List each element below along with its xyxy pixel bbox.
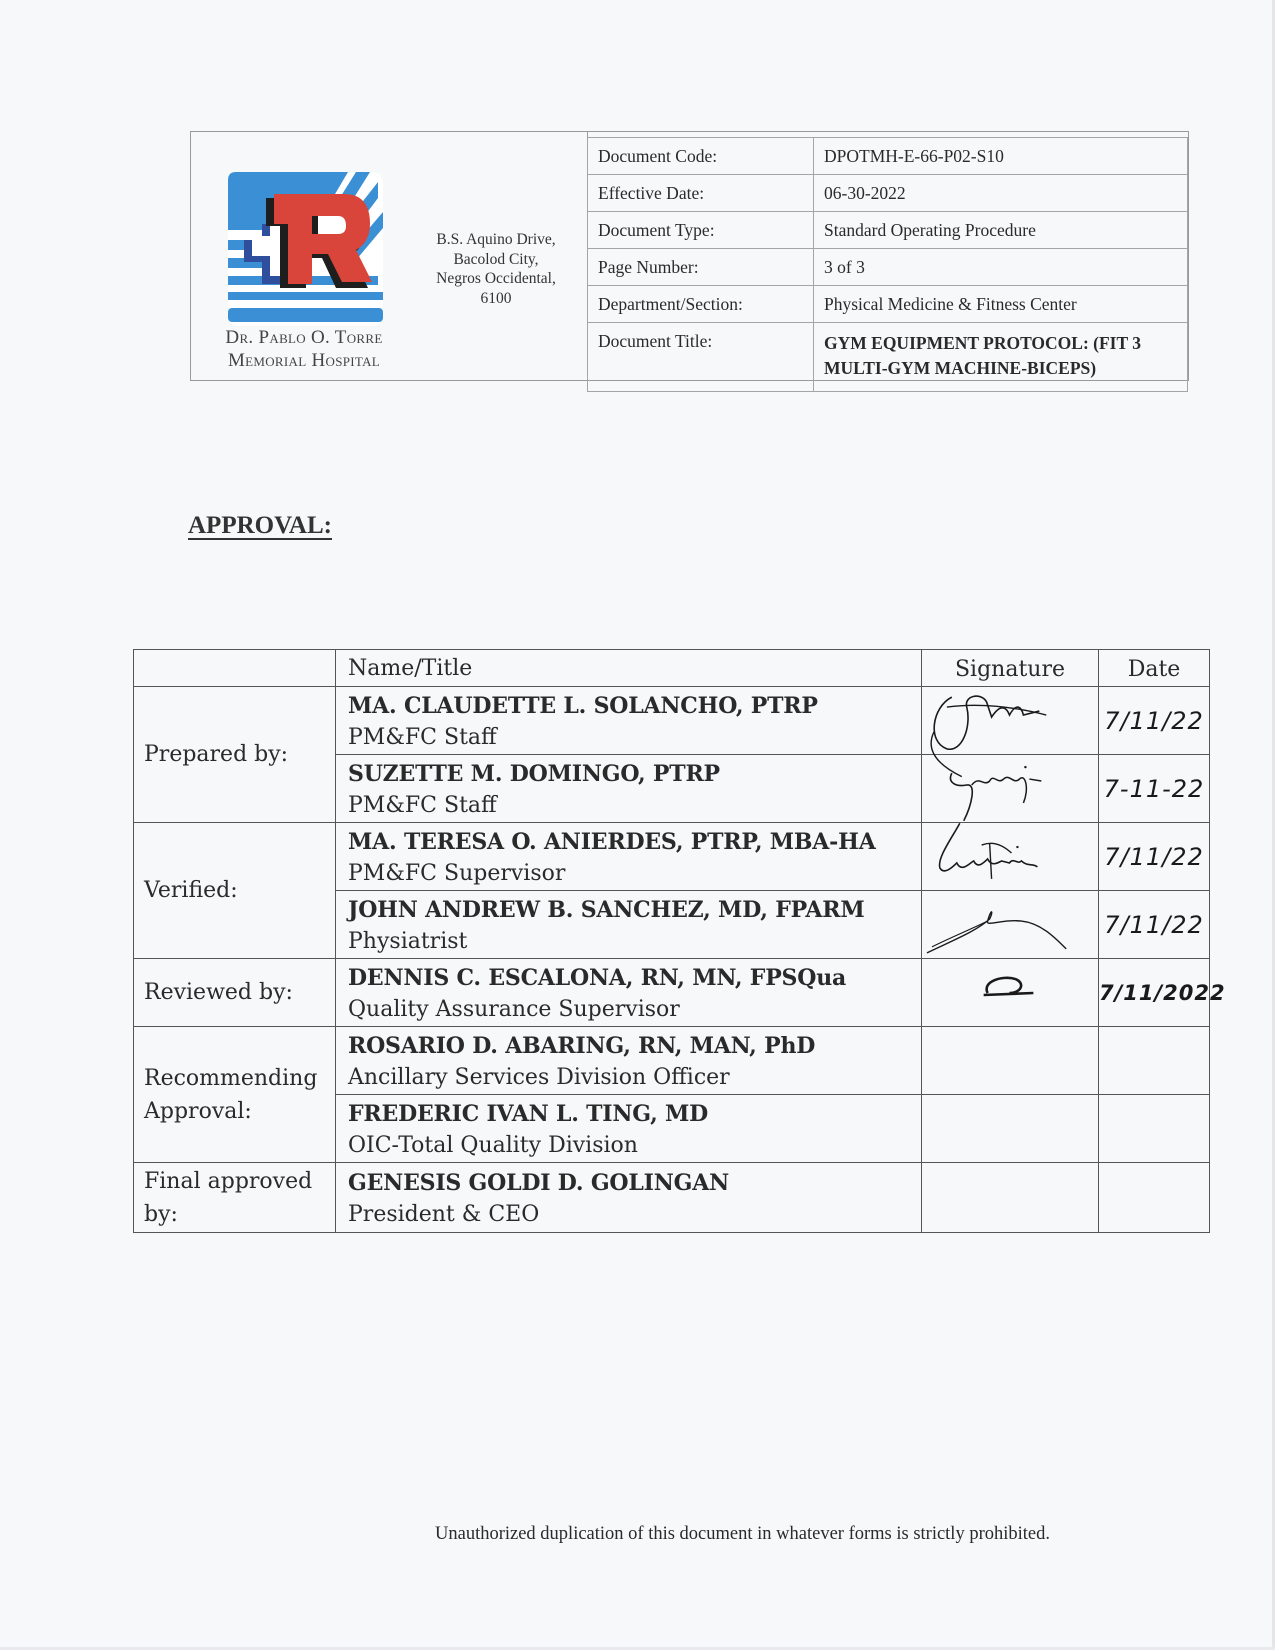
- document-info-table: Document Code: DPOTMH-E-66-P02-S10 Effec…: [587, 137, 1188, 392]
- name-title-cell: MA. CLAUDETTE L. SOLANCHO, PTRP PM&FC St…: [336, 687, 922, 755]
- name-title-cell: MA. TERESA O. ANIERDES, PTRP, MBA-HA PM&…: [336, 823, 922, 891]
- role-recommending-approval: Recommending Approval:: [134, 1027, 336, 1163]
- info-value: DPOTMH-E-66-P02-S10: [814, 138, 1188, 175]
- column-header-role: [134, 650, 336, 687]
- handwritten-date: 7/11/2022: [1099, 981, 1226, 1005]
- person-name: GENESIS GOLDI D. GOLINGAN: [348, 1166, 921, 1200]
- approval-row: Final approved by: GENESIS GOLDI D. GOLI…: [134, 1163, 1210, 1233]
- signature-cell: [922, 755, 1099, 823]
- handwritten-signature-icon: [922, 823, 1098, 890]
- date-cell: [1099, 1163, 1210, 1233]
- document-header: Dr. Pablo O. Torre Memorial Hospital B.S…: [190, 131, 1189, 381]
- date-cell: [1099, 1027, 1210, 1095]
- info-value: 3 of 3: [814, 249, 1188, 286]
- handwritten-date: 7/11/22: [1104, 707, 1204, 735]
- name-title-cell: ROSARIO D. ABARING, RN, MAN, PhD Ancilla…: [336, 1027, 922, 1095]
- signature-cell: [922, 1095, 1099, 1163]
- info-row-document-title: Document Title: GYM EQUIPMENT PROTOCOL: …: [588, 323, 1188, 392]
- role-verified: Verified:: [134, 823, 336, 959]
- handwritten-date: 7-11-22: [1104, 775, 1205, 803]
- person-name: JOHN ANDREW B. SANCHEZ, MD, FPARM: [348, 893, 921, 927]
- column-header-date: Date: [1099, 650, 1210, 687]
- address-line: Bacolod City,: [411, 250, 581, 270]
- person-title: President & CEO: [348, 1200, 921, 1230]
- person-name: SUZETTE M. DOMINGO, PTRP: [348, 757, 921, 791]
- person-name: ROSARIO D. ABARING, RN, MAN, PhD: [348, 1029, 921, 1063]
- approval-table: Name/Title Signature Date Prepared by: M…: [133, 649, 1210, 1233]
- hospital-logo-icon: [228, 172, 383, 326]
- person-name: FREDERIC IVAN L. TING, MD: [348, 1097, 921, 1131]
- signature-cell: [922, 823, 1099, 891]
- person-name: MA. TERESA O. ANIERDES, PTRP, MBA-HA: [348, 825, 921, 859]
- role-reviewed-by: Reviewed by:: [134, 959, 336, 1027]
- hospital-name-line2: Memorial Hospital: [199, 349, 409, 372]
- approval-row: Reviewed by: DENNIS C. ESCALONA, RN, MN,…: [134, 959, 1210, 1027]
- info-label: Department/Section:: [588, 286, 814, 323]
- name-title-cell: DENNIS C. ESCALONA, RN, MN, FPSQua Quali…: [336, 959, 922, 1027]
- address-line: Negros Occidental,: [411, 269, 581, 289]
- column-header-signature: Signature: [922, 650, 1099, 687]
- approval-heading: APPROVAL:: [188, 512, 332, 540]
- signature-cell: [922, 1027, 1099, 1095]
- info-label: Document Code:: [588, 138, 814, 175]
- person-title: Ancillary Services Division Officer: [348, 1063, 921, 1093]
- duplication-notice: Unauthorized duplication of this documen…: [435, 1524, 1050, 1545]
- person-title: Physiatrist: [348, 927, 921, 957]
- address-line: B.S. Aquino Drive,: [411, 230, 581, 250]
- signature-cell: [922, 959, 1099, 1027]
- date-cell: [1099, 1095, 1210, 1163]
- info-row-effective-date: Effective Date: 06-30-2022: [588, 175, 1188, 212]
- name-title-cell: SUZETTE M. DOMINGO, PTRP PM&FC Staff: [336, 755, 922, 823]
- date-cell: 7/11/22: [1099, 687, 1210, 755]
- signature-cell: [922, 1163, 1099, 1233]
- approval-row: Recommending Approval: ROSARIO D. ABARIN…: [134, 1027, 1210, 1095]
- person-title: PM&FC Supervisor: [348, 859, 921, 889]
- person-name: DENNIS C. ESCALONA, RN, MN, FPSQua: [348, 961, 921, 995]
- info-row-department: Department/Section: Physical Medicine & …: [588, 286, 1188, 323]
- role-final-approved-by: Final approved by:: [134, 1163, 336, 1233]
- info-label: Document Type:: [588, 212, 814, 249]
- person-title: OIC-Total Quality Division: [348, 1131, 921, 1161]
- handwritten-signature-icon: [922, 687, 1098, 754]
- info-row-document-type: Document Type: Standard Operating Proced…: [588, 212, 1188, 249]
- hospital-identity: Dr. Pablo O. Torre Memorial Hospital B.S…: [191, 132, 588, 380]
- info-label: Document Title:: [588, 323, 814, 392]
- name-title-cell: JOHN ANDREW B. SANCHEZ, MD, FPARM Physia…: [336, 891, 922, 959]
- info-row-document-code: Document Code: DPOTMH-E-66-P02-S10: [588, 138, 1188, 175]
- info-value: 06-30-2022: [814, 175, 1188, 212]
- hospital-name: Dr. Pablo O. Torre Memorial Hospital: [199, 326, 409, 372]
- person-title: PM&FC Staff: [348, 723, 921, 753]
- address-line: 6100: [411, 289, 581, 309]
- info-label: Effective Date:: [588, 175, 814, 212]
- role-prepared-by: Prepared by:: [134, 687, 336, 823]
- signature-cell: [922, 891, 1099, 959]
- date-cell: 7/11/22: [1099, 891, 1210, 959]
- name-title-cell: GENESIS GOLDI D. GOLINGAN President & CE…: [336, 1163, 922, 1233]
- hospital-name-line1: Dr. Pablo O. Torre: [199, 326, 409, 349]
- person-title: PM&FC Staff: [348, 791, 921, 821]
- signature-cell: [922, 687, 1099, 755]
- approval-row: Prepared by: MA. CLAUDETTE L. SOLANCHO, …: [134, 687, 1210, 755]
- handwritten-date: 7/11/22: [1104, 911, 1204, 939]
- person-title: Quality Assurance Supervisor: [348, 995, 921, 1025]
- date-cell: 7/11/22: [1099, 823, 1210, 891]
- approval-header-row: Name/Title Signature Date: [134, 650, 1210, 687]
- person-name: MA. CLAUDETTE L. SOLANCHO, PTRP: [348, 689, 921, 723]
- handwritten-signature-icon: [922, 891, 1098, 958]
- handwritten-signature-icon: [922, 755, 1098, 822]
- handwritten-date: 7/11/22: [1104, 843, 1204, 871]
- document-title: GYM EQUIPMENT PROTOCOL: (FIT 3 MULTI-GYM…: [814, 323, 1188, 392]
- column-header-name-title: Name/Title: [336, 650, 922, 687]
- approval-row: Verified: MA. TERESA O. ANIERDES, PTRP, …: [134, 823, 1210, 891]
- date-cell: 7/11/2022: [1099, 959, 1210, 1027]
- hospital-address: B.S. Aquino Drive, Bacolod City, Negros …: [411, 230, 581, 308]
- handwritten-signature-icon: [922, 959, 1098, 1026]
- info-value: Standard Operating Procedure: [814, 212, 1188, 249]
- info-label: Page Number:: [588, 249, 814, 286]
- name-title-cell: FREDERIC IVAN L. TING, MD OIC-Total Qual…: [336, 1095, 922, 1163]
- info-row-page-number: Page Number: 3 of 3: [588, 249, 1188, 286]
- info-value: Physical Medicine & Fitness Center: [814, 286, 1188, 323]
- date-cell: 7-11-22: [1099, 755, 1210, 823]
